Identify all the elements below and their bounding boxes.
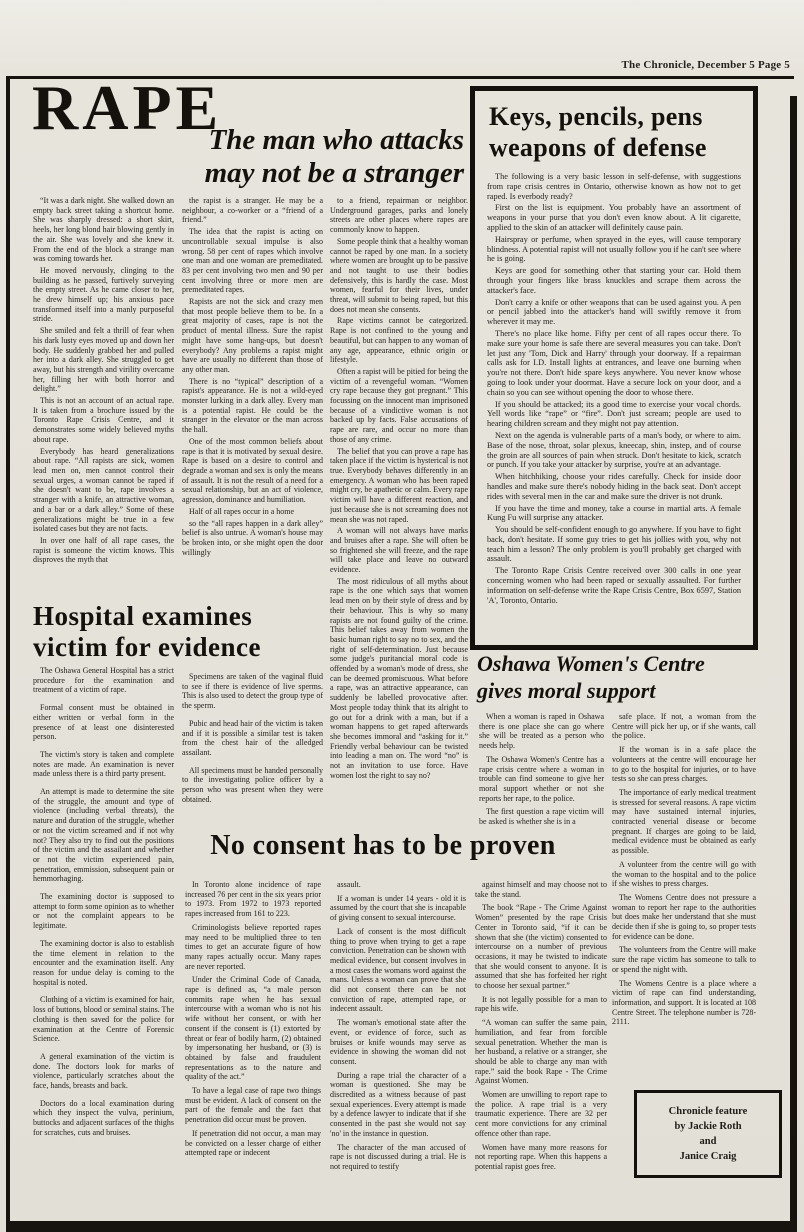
defense-box-headline-line1: Keys, pencils, pens: [489, 101, 741, 132]
paragraph: Next on the agenda is vulnerable parts o…: [487, 431, 741, 470]
paragraph: Criminologists believe reported rapes ma…: [185, 923, 321, 972]
paragraph: He moved nervously, clinging to the buil…: [33, 266, 174, 324]
paragraph: A volunteer from the centre will go with…: [612, 860, 756, 889]
credit-line1: Chronicle feature: [669, 1104, 748, 1119]
paragraph: The character of the man accused of rape…: [330, 1143, 466, 1172]
paragraph: One of the most common beliefs about rap…: [182, 437, 323, 505]
consent-headline: No consent has to be proven: [183, 830, 583, 862]
oshawa-headline-line2: gives moral support: [477, 677, 707, 704]
paragraph: The victim's story is taken and complete…: [33, 750, 174, 779]
paragraph: An attempt is made to determine the site…: [33, 787, 174, 884]
paragraph: Rapists are not the sick and crazy men t…: [182, 297, 323, 375]
credit-line2: by Jackie Roth: [674, 1119, 741, 1134]
paragraph: If penetration did not occur, a man may …: [185, 1129, 321, 1158]
paragraph: Keys are good for something other that s…: [487, 266, 741, 295]
defense-box-headline: Keys, pencils, pens weapons of defense: [489, 101, 741, 163]
paragraph: Under the Criminal Code of Canada, rape …: [185, 975, 321, 1082]
paragraph: All specimens must be handed personally …: [182, 766, 323, 805]
oshawa-headline-line1: Oshawa Women's Centre: [477, 650, 707, 677]
main-article-column-1: “It was a dark night. She walked down an…: [33, 196, 174, 598]
hospital-headline-line2: victim for evidence: [33, 632, 343, 663]
paragraph: In over one half of all rape cases, the …: [33, 536, 174, 565]
paragraph: Formal consent must be obtained in eithe…: [33, 703, 174, 742]
paragraph: It is not legally possible for a man to …: [475, 995, 607, 1014]
paragraph: A general examination of the victim is d…: [33, 1052, 174, 1091]
oshawa-headline: Oshawa Women's Centre gives moral suppor…: [477, 650, 707, 704]
paragraph: Clothing of a victim is examined for hai…: [33, 995, 174, 1044]
paragraph: Some people think that a healthy woman c…: [330, 237, 468, 315]
hospital-column-1: The Oshawa General Hospital has a strict…: [33, 666, 174, 1188]
paragraph: If a woman is under 14 years - old it is…: [330, 894, 466, 923]
right-frame-rule: [790, 96, 797, 1232]
consent-column-1: In Toronto alone incidence of rape incre…: [185, 880, 321, 1225]
paragraph: Women are unwilling to report rape to th…: [475, 1090, 607, 1139]
paragraph: Specimens are taken of the vaginal fluid…: [182, 672, 323, 711]
paragraph: You should be self-confident enough to g…: [487, 525, 741, 564]
defense-box-body: The following is a very basic lesson in …: [487, 172, 741, 605]
main-article-column-3: to a friend, repairman or neighbor. Unde…: [330, 196, 468, 824]
paragraph: There's no place like home. Fifty per ce…: [487, 329, 741, 398]
paragraph: When a woman is raped in Oshawa there is…: [479, 712, 604, 751]
paragraph: Hairspray or perfume, when sprayed in th…: [487, 235, 741, 264]
paragraph: Rape victims cannot be categorized. Rape…: [330, 316, 468, 365]
hospital-column-2: Specimens are taken of the vaginal fluid…: [182, 672, 323, 824]
paragraph: The Oshawa General Hospital has a strict…: [33, 666, 174, 695]
oshawa-column-2: safe place. If not, a woman from the Cen…: [612, 712, 756, 1074]
paragraph: “A woman can suffer the same pain, humil…: [475, 1018, 607, 1086]
paragraph: The book “Rape - The Crime Against Women…: [475, 903, 607, 990]
hospital-headline: Hospital examines victim for evidence: [33, 601, 343, 663]
paragraph: safe place. If not, a woman from the Cen…: [612, 712, 756, 741]
paragraph: The belief that you can prove a rape has…: [330, 447, 468, 525]
masthead: The Chronicle, December 5 Page 5: [540, 59, 790, 71]
paragraph: There is no “typical” description of a r…: [182, 377, 323, 435]
consent-column-3: against himself and may choose not to ta…: [475, 880, 607, 1225]
paragraph: Lack of consent is the most difficult th…: [330, 927, 466, 1014]
paragraph: so the “all rapes happen in a dark alley…: [182, 519, 323, 558]
main-article-column-2: the rapist is a stranger. He may be a ne…: [182, 196, 323, 598]
paragraph: During a rape trial the character of a w…: [330, 1071, 466, 1139]
paragraph: If you have the time and money, take a c…: [487, 504, 741, 524]
paragraph: If the woman is in a safe place the volu…: [612, 745, 756, 784]
paragraph: assault.: [330, 880, 466, 890]
paragraph: The woman's emotional state after the ev…: [330, 1018, 466, 1067]
defense-box: Keys, pencils, pens weapons of defense T…: [470, 86, 758, 650]
paragraph: Pubic and head hair of the victim is tak…: [182, 719, 323, 758]
paragraph: The most ridiculous of all myths about r…: [330, 577, 468, 781]
paragraph: “It was a dark night. She walked down an…: [33, 196, 174, 264]
paragraph: In Toronto alone incidence of rape incre…: [185, 880, 321, 919]
paragraph: Everybody has heard generalizations abou…: [33, 447, 174, 534]
paragraph: Don't carry a knife or other weapons tha…: [487, 298, 741, 327]
paragraph: The idea that the rapist is acting on un…: [182, 227, 323, 295]
credit-box: Chronicle feature by Jackie Roth and Jan…: [634, 1090, 782, 1178]
paragraph: The volunteers from the Centre will make…: [612, 945, 756, 974]
paragraph: The examining doctor is supposed to atte…: [33, 892, 174, 931]
paragraph: The Toronto Rape Crisis Centre received …: [487, 566, 741, 605]
main-subhead-line2: may not be a stranger: [156, 157, 464, 190]
paragraph: The following is a very basic lesson in …: [487, 172, 741, 201]
paragraph: A woman will not always have marks and b…: [330, 526, 468, 575]
paragraph: When hitchhiking, choose your rides care…: [487, 472, 741, 501]
paragraph: This is not an account of an actual rape…: [33, 396, 174, 445]
hospital-headline-line1: Hospital examines: [33, 601, 343, 632]
paragraph: First on the list is equipment. You prob…: [487, 203, 741, 232]
paragraph: The importance of early medical treatmen…: [612, 788, 756, 856]
oshawa-column-1: When a woman is raped in Oshawa there is…: [479, 712, 604, 830]
defense-box-headline-line2: weapons of defense: [489, 132, 741, 163]
left-frame-rule: [6, 76, 10, 1232]
credit-line3: and: [700, 1134, 717, 1149]
paragraph: The Oshawa Women's Centre has a rape cri…: [479, 755, 604, 804]
paragraph: To have a legal case of rape two things …: [185, 1086, 321, 1125]
paragraph: to a friend, repairman or neighbor. Unde…: [330, 196, 468, 235]
paragraph: the rapist is a stranger. He may be a ne…: [182, 196, 323, 225]
paragraph: The Womens Centre is a place where a vic…: [612, 979, 756, 1028]
main-subhead: The man who attacks may not be a strange…: [156, 124, 464, 190]
paragraph: The first question a rape victim will be…: [479, 807, 604, 826]
newspaper-page: The Chronicle, December 5 Page 5 RAPE Th…: [0, 0, 804, 1232]
paragraph: She smiled and felt a thrill of fear whe…: [33, 326, 174, 394]
paragraph: The Womens Centre does not pressure a wo…: [612, 893, 756, 942]
paragraph: If you should be attacked; its a good ti…: [487, 400, 741, 429]
paragraph: The examining doctor is also to establis…: [33, 939, 174, 988]
paragraph: against himself and may choose not to ta…: [475, 880, 607, 899]
paragraph: Women have many more reasons for not rep…: [475, 1143, 607, 1172]
consent-column-2: assault.If a woman is under 14 years - o…: [330, 880, 466, 1225]
credit-line4: Janice Craig: [680, 1149, 737, 1164]
paragraph: Doctors do a local examination during wh…: [33, 1099, 174, 1138]
main-subhead-line1: The man who attacks: [156, 124, 464, 157]
paragraph: Half of all rapes occur in a home: [182, 507, 323, 517]
paragraph: Often a rapist will be pitied for being …: [330, 367, 468, 445]
